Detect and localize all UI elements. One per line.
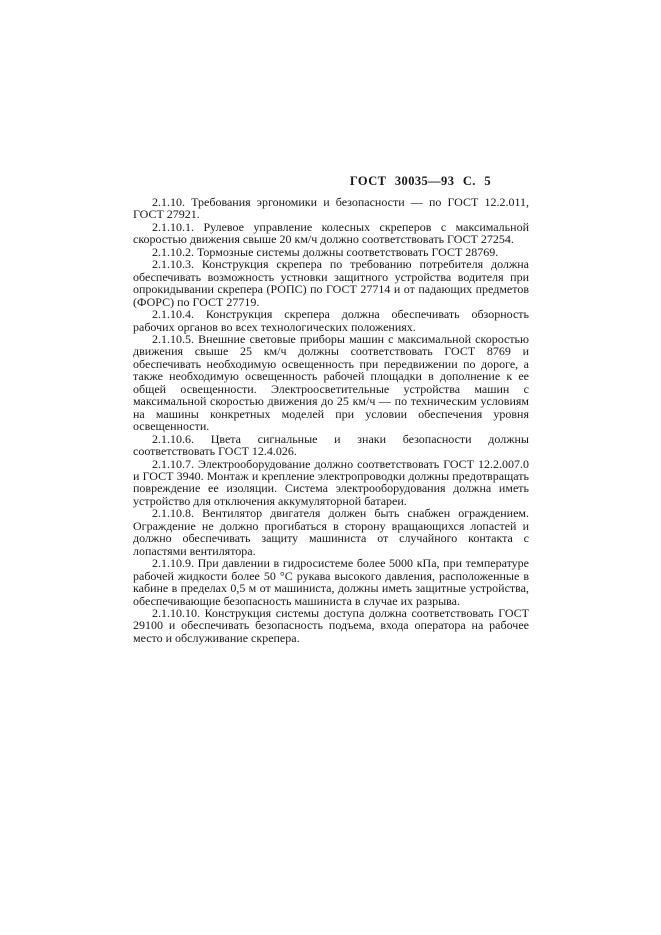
clause-2-1-10-10: 2.1.10.10. Конструкция системы доступа д… (133, 607, 529, 644)
clause-2-1-10-6: 2.1.10.6. Цвета сигнальные и знаки безоп… (133, 433, 529, 458)
clause-2-1-10-9: 2.1.10.9. При давлении в гидросистеме бо… (133, 557, 529, 607)
clause-2-1-10-8: 2.1.10.8. Вентилятор двигателя должен бы… (133, 507, 529, 557)
clause-2-1-10-3: 2.1.10.3. Конструкция скрепера по требов… (133, 258, 529, 308)
clause-2-1-10-4: 2.1.10.4. Конструкция скрепера должна об… (133, 308, 529, 333)
page-header: ГОСТ 30035—93 С. 5 (133, 174, 491, 189)
clause-2-1-10-1: 2.1.10.1. Рулевое управление колесных ск… (133, 221, 529, 246)
document-body: 2.1.10. Требования эргономики и безопасн… (133, 196, 529, 644)
clause-2-1-10-5: 2.1.10.5. Внешние световые приборы машин… (133, 333, 529, 433)
document-page: ГОСТ 30035—93 С. 5 2.1.10. Требования эр… (0, 0, 661, 935)
clause-2-1-10: 2.1.10. Требования эргономики и безопасн… (133, 196, 529, 221)
clause-2-1-10-7: 2.1.10.7. Электрооборудование должно соо… (133, 458, 529, 508)
